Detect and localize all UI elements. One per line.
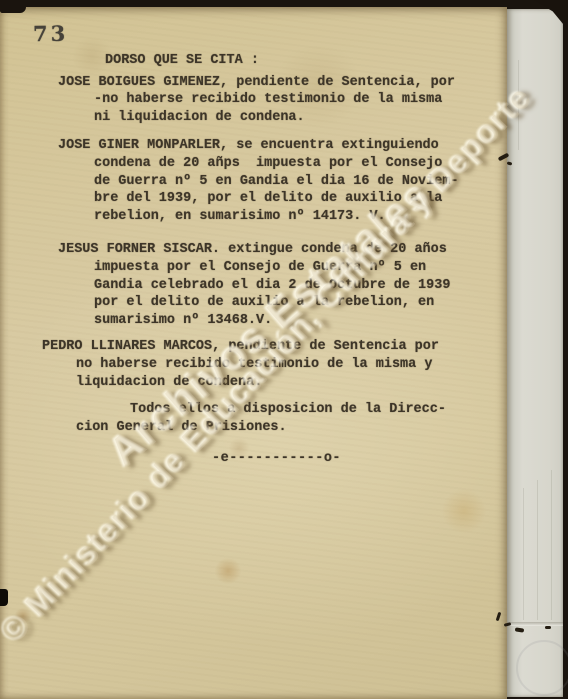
typewritten-line: bre del 1939, por el delito de auxilio a… — [0, 190, 507, 208]
typewritten-line: Todos ellos a disposicion de la Direcc- — [0, 401, 507, 419]
faint-stamp-ghost — [516, 640, 568, 696]
typewritten-line: de Guerra nº 5 en Gandia el dia 16 de No… — [0, 173, 507, 191]
typewritten-line: sumarisimo nº 13468.V. — [0, 312, 507, 330]
typewritten-line: Gandia celebrado el dia 2 de Octubre de … — [0, 277, 507, 295]
under-sheet-print-line — [537, 480, 538, 620]
typewritten-line: JESUS FORNER SISCAR. extingue condena de… — [0, 241, 507, 259]
under-sheet-print-line — [518, 60, 519, 150]
typewritten-line: -no haberse recibido testimonio de la mi… — [0, 91, 507, 109]
under-sheet-edge — [507, 9, 563, 697]
under-sheet-crease — [507, 622, 563, 626]
section-divider: -e-----------o- — [0, 450, 507, 468]
typewritten-line: cion General de Prisiones. — [0, 419, 507, 437]
paragraph-llinares: PEDRO LLINARES MARCOS, pendiente de Sent… — [0, 338, 507, 391]
typewritten-line: PEDRO LLINARES MARCOS, pendiente de Sent… — [0, 338, 507, 356]
typewritten-line: no haberse recibido testimonio de la mis… — [0, 356, 507, 374]
left-edge-tab — [0, 589, 8, 606]
typewritten-line: liquidacion de condena. — [0, 374, 507, 392]
paragraph-closing: Todos ellos a disposicion de la Direcc- … — [0, 401, 507, 436]
page-number-stamp: 73 — [33, 21, 69, 47]
typewritten-line: rebelion, en sumarisimo nº 14173. V. — [0, 208, 507, 226]
paper-edge-nick — [0, 7, 26, 13]
typewritten-line: JOSE BOIGUES GIMENEZ, pendiente de Sente… — [0, 74, 507, 92]
typewritten-line: por el delito de auxilio a la rebelion, … — [0, 294, 507, 312]
paragraph-forner: JESUS FORNER SISCAR. extingue condena de… — [0, 241, 507, 329]
paragraph-boigues: JOSE BOIGUES GIMENEZ, pendiente de Sente… — [0, 74, 507, 127]
paragraph-giner: JOSE GINER MONPARLER, se encuentra extin… — [0, 137, 507, 225]
typewritten-line: JOSE GINER MONPARLER, se encuentra extin… — [0, 137, 507, 155]
typewritten-line: impuesta por el Consejo de Guerra nº 5 e… — [0, 259, 507, 277]
typewritten-line: condena de 20 añps impuesta por el Conse… — [0, 155, 507, 173]
scanned-archival-document: { "document": { "page_number": "73", "he… — [0, 0, 568, 699]
under-sheet-print-line — [523, 488, 524, 620]
typewritten-text-block: DORSO QUE SE CITA : JOSE BOIGUES GIMENEZ… — [0, 52, 507, 468]
under-sheet-print-line — [551, 470, 552, 620]
typewritten-line: ni liquidacion de condena. — [0, 109, 507, 127]
document-heading: DORSO QUE SE CITA : — [0, 52, 507, 70]
